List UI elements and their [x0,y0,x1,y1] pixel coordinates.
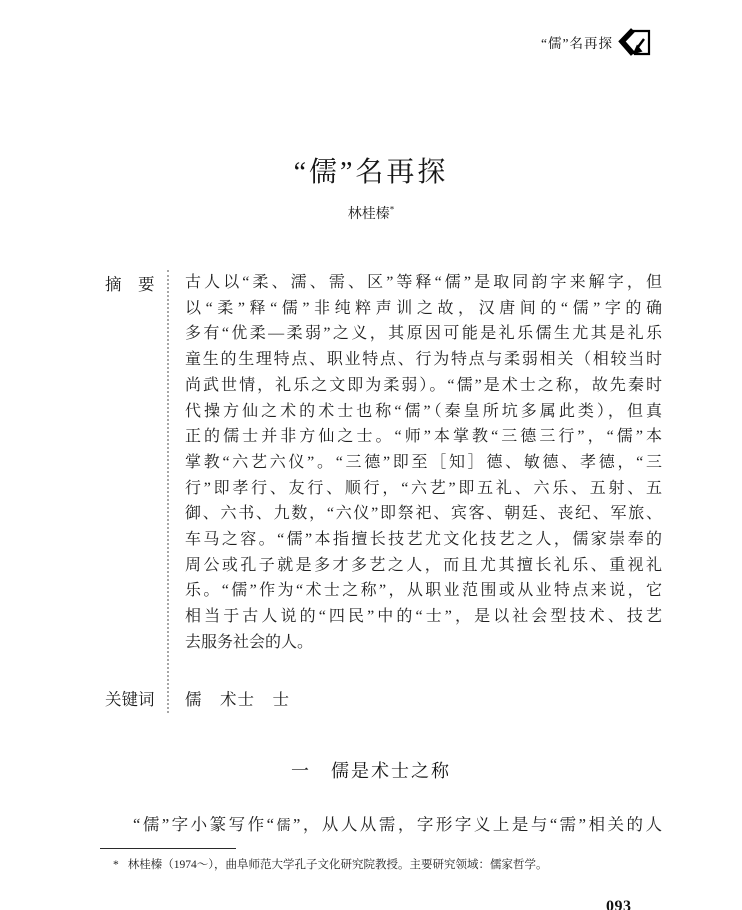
keywords-label: 关键词 [105,686,155,710]
abstract-line: 周公或孔子就是多才多艺之人，而且尤其擅长礼乐、重视礼 [185,553,662,579]
abstract-block: 摘 要 关键词 古人以“柔、濡、需、区”等释“儒”是取同韵字来解字，但 以“柔”… [100,270,662,713]
page-number: 093 [606,898,632,910]
author-name: 林桂榛 [348,207,390,222]
abstract-line: 古人以“柔、濡、需、区”等释“儒”是取同韵字来解字，但 [185,270,662,296]
abstract-label: 摘 要 [105,271,155,295]
footnote-mark: * [113,859,119,871]
section-heading: 一 儒是术士之称 [0,757,742,783]
abstract-content-column: 古人以“柔、濡、需、区”等释“儒”是取同韵字来解字，但 以“柔”释“儒”非纯粹声… [167,270,662,713]
footnote: *林桂榛（1974～），曲阜师范大学孔子文化研究院教授。主要研究领域：儒家哲学。 [113,857,658,873]
author-line: 林桂榛* [0,203,742,223]
abstract-line: 车马之容。“儒”本指擅长技艺尤文化技艺之人，儒家崇奉的 [185,527,662,553]
abstract-line: 正的儒士并非方仙之士。“师”本掌教“三德三行”，“儒”本 [185,424,662,450]
abstract-line: 童生的生理特点、职业特点、行为特点与柔弱相关（相较当时 [185,347,662,373]
journal-logo-icon [618,28,652,61]
abstract-line: 御、六书、九数，“六仪”即祭祀、宾客、朝廷、丧纪、军旅、 [185,501,662,527]
abstract-line: 去服务社会的人。 [185,630,662,656]
running-header: “儒”名再探 [541,27,652,61]
abstract-label-column: 摘 要 关键词 [100,270,167,713]
footnote-text: 林桂榛（1974～），曲阜师范大学孔子文化研究院教授。主要研究领域：儒家哲学。 [128,859,548,871]
page-title: “儒”名再探 [0,150,742,190]
abstract-line: 乐。“儒”作为“术士之称”，从职业范围或从业特点来说，它 [185,578,662,604]
keywords-text: 儒 术士 士 [185,687,662,713]
running-header-title: “儒”名再探 [541,27,613,61]
footnote-divider [100,848,236,849]
abstract-line: 尚武世情，礼乐之文即为柔弱）。“儒”是术士之称，故先秦时 [185,373,662,399]
author-note-mark: * [390,204,395,214]
body-paragraph: “儒”字小篆写作“儒”，从人从需，字形字义上是与“需”相关的人 [100,812,662,840]
abstract-text: 古人以“柔、濡、需、区”等释“儒”是取同韵字来解字，但 以“柔”释“儒”非纯粹声… [185,270,662,656]
abstract-line: 以“柔”释“儒”非纯粹声训之故，汉唐间的“儒”字的确 [185,296,662,322]
body-text-after: ”，从人从需，字形字义上是与“需”相关的人 [293,815,662,834]
abstract-line: 掌教“六艺六仪”。“三德”即至［知］德、敏德、孝德，“三 [185,450,662,476]
abstract-line: 代操方仙之术的术士也称“儒”（秦皇所坑多属此类），但真 [185,399,662,425]
body-text-before: “儒”字小篆写作“ [133,815,274,834]
abstract-line: 多有“优柔—柔弱”之义，其原因可能是礼乐儒生尤其是礼乐 [185,321,662,347]
abstract-line: 行”即孝行、友行、顺行，“六艺”即五礼、六乐、五射、五 [185,476,662,502]
seal-script-glyph: 儒 [274,819,293,834]
abstract-line: 相当于古人说的“四民”中的“士”，是以社会型技术、技艺 [185,604,662,630]
